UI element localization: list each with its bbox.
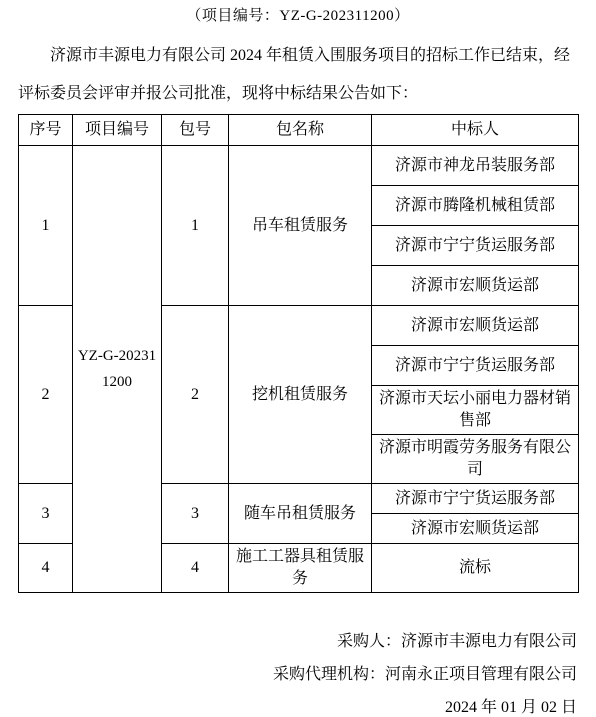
winner-cell: 济源市宏顺货运部 bbox=[372, 306, 579, 346]
winner-cell: 济源市宏顺货运部 bbox=[372, 266, 579, 306]
column-header: 项目编号 bbox=[73, 115, 162, 146]
winner-cell: 济源市腾隆机械租赁部 bbox=[372, 186, 579, 226]
document-footer: 采购人：济源市丰源电力有限公司 采购代理机构：河南永正项目管理有限公司 2024… bbox=[0, 625, 577, 717]
winner-cell: 济源市神龙吊装服务部 bbox=[372, 146, 579, 186]
package-no-cell: 1 bbox=[162, 146, 229, 306]
intro-paragraph: 济源市丰源电力有限公司 2024 年租赁入围服务项目的招标工作已结束，经评标委员… bbox=[18, 37, 578, 113]
package-name-cell: 挖机租赁服务 bbox=[229, 306, 372, 484]
package-no-cell: 4 bbox=[162, 544, 229, 593]
results-table: 序号项目编号包号包名称中标人 1YZ-G-2023112001吊车租赁服务济源市… bbox=[18, 114, 579, 593]
winner-cell: 济源市明霞劳务服务有限公司 bbox=[372, 435, 579, 484]
table-row: 1YZ-G-2023112001吊车租赁服务济源市神龙吊装服务部 bbox=[19, 146, 579, 186]
package-no-cell: 2 bbox=[162, 306, 229, 484]
serial-cell: 1 bbox=[19, 146, 73, 306]
package-no-cell: 3 bbox=[162, 484, 229, 544]
column-header: 包号 bbox=[162, 115, 229, 146]
winner-cell: 流标 bbox=[372, 544, 579, 593]
purchaser-line: 采购人：济源市丰源电力有限公司 bbox=[0, 625, 577, 658]
project-code-heading: （项目编号：YZ-G-202311200） bbox=[0, 0, 596, 26]
winner-cell: 济源市宁宁货运服务部 bbox=[372, 484, 579, 514]
project-code-cell: YZ-G-202311200 bbox=[73, 146, 162, 593]
winner-cell: 济源市天坛小丽电力器材销售部 bbox=[372, 386, 579, 435]
package-name-cell: 吊车租赁服务 bbox=[229, 146, 372, 306]
winner-cell: 济源市宁宁货运服务部 bbox=[372, 346, 579, 386]
column-header: 中标人 bbox=[372, 115, 579, 146]
serial-cell: 2 bbox=[19, 306, 73, 484]
serial-cell: 4 bbox=[19, 544, 73, 593]
serial-cell: 3 bbox=[19, 484, 73, 544]
agency-line: 采购代理机构：河南永正项目管理有限公司 bbox=[0, 658, 577, 691]
table-body: 1YZ-G-2023112001吊车租赁服务济源市神龙吊装服务部济源市腾隆机械租… bbox=[19, 146, 579, 593]
package-name-cell: 施工工器具租赁服务 bbox=[229, 544, 372, 593]
column-header: 序号 bbox=[19, 115, 73, 146]
package-name-cell: 随车吊租赁服务 bbox=[229, 484, 372, 544]
winner-cell: 济源市宏顺货运部 bbox=[372, 514, 579, 544]
column-header: 包名称 bbox=[229, 115, 372, 146]
date-line: 2024 年 01 月 02 日 bbox=[0, 691, 577, 717]
winner-cell: 济源市宁宁货运服务部 bbox=[372, 226, 579, 266]
table-head: 序号项目编号包号包名称中标人 bbox=[19, 115, 579, 146]
announcement-document: （项目编号：YZ-G-202311200） 济源市丰源电力有限公司 2024 年… bbox=[0, 0, 596, 717]
header-row: 序号项目编号包号包名称中标人 bbox=[19, 115, 579, 146]
